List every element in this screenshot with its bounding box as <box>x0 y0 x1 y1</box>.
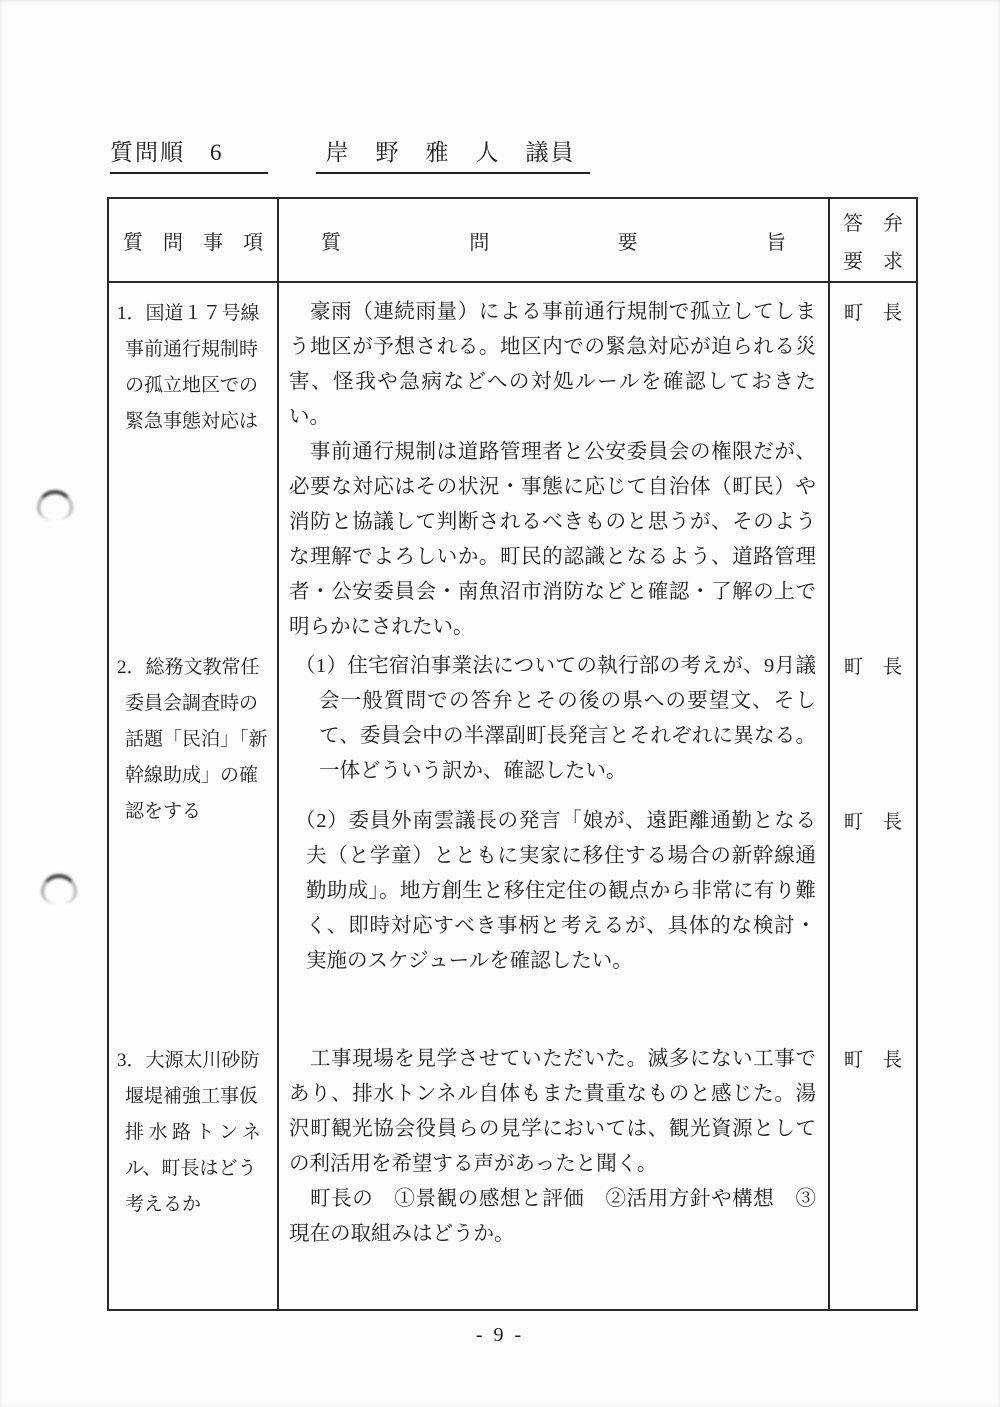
column-respondents: 町 長 町 長 町 長 町 長 <box>828 283 916 1311</box>
respondent-cell: 町 長 <box>830 650 916 685</box>
column-question-summaries: 豪雨（連続雨量）による事前通行規制で孤立してしまう地区が予想される。地区内での緊… <box>279 283 828 1311</box>
header-question-topic: 質 問 事 項 <box>109 199 279 281</box>
topic-line: 1．国道１７号線 <box>117 296 273 332</box>
question-order-label: 質問順 6 <box>110 134 268 174</box>
header-summary-char: 要 <box>618 226 638 255</box>
punch-hole-artifact <box>41 874 77 904</box>
question-paragraph: 事前通行規制は道路管理者と公安委員会の権限だが、必要な対応はその状況・事態に応じ… <box>289 435 816 645</box>
header-question-summary: 質 問 要 旨 <box>279 199 828 281</box>
question-paragraph: 工事現場を見学させていただいた。滅多にない工事であり、排水トンネル自体もまた貴重… <box>289 1042 816 1182</box>
table-body: 1．国道１７号線 事前通行規制時 の孤立地区での 緊急事態対応は 2．総務文教常… <box>109 283 916 1311</box>
header-summary-char: 旨 <box>766 226 786 255</box>
question-summary-2-2: （2）委員外南雲議長の発言「娘が、遠距離通勤となる夫（と学童）とともに実家に移住… <box>279 804 828 979</box>
header-respondent-line: 答 弁 <box>843 207 903 236</box>
question-summary-1: 豪雨（連続雨量）による事前通行規制で孤立してしまう地区が予想される。地区内での緊… <box>279 295 828 645</box>
header-respondent: 答 弁 要 求 <box>828 199 916 281</box>
header-summary-char: 質 <box>321 226 341 255</box>
topic-line: 事前通行規制時 <box>125 332 273 368</box>
topic-cell-1: 1．国道１７号線 事前通行規制時 の孤立地区での 緊急事態対応は <box>109 296 277 440</box>
question-paragraph: 町長の ①景観の感想と評価 ②活用方針や構想 ③現在の取組みはどうか。 <box>289 1182 816 1252</box>
topic-line: 緊急事態対応は <box>125 404 273 440</box>
topic-line: 排水路トンネ <box>125 1115 273 1151</box>
topic-line: 認をする <box>125 794 273 830</box>
topic-cell-3: 3．大源太川砂防 堰堤補強工事仮 排水路トンネ ル、町長はどう 考えるか <box>109 1043 277 1223</box>
page-number: - 9 - <box>0 1324 1000 1347</box>
topic-line: 委員会調査時の <box>125 686 273 722</box>
document-title: 質問順 6岸 野 雅 人 議員 <box>110 134 590 174</box>
topic-line: 3．大源太川砂防 <box>117 1043 273 1079</box>
questions-table: 質 問 事 項 質 問 要 旨 答 弁 要 求 1．国道１７号線 事前通行規制時… <box>107 197 918 1311</box>
topic-line: の孤立地区での <box>125 368 273 404</box>
topic-line: 2．総務文教常任 <box>117 650 273 686</box>
topic-line: 幹線助成」の確 <box>125 758 273 794</box>
header-respondent-line: 要 求 <box>843 245 903 274</box>
topic-line: 考えるか <box>125 1187 273 1223</box>
respondent-cell: 町 長 <box>830 805 916 840</box>
punch-hole-artifact <box>37 490 73 520</box>
respondent-cell: 町 長 <box>830 296 916 331</box>
respondent-cell: 町 長 <box>830 1043 916 1078</box>
question-summary-3: 工事現場を見学させていただいた。滅多にない工事であり、排水トンネル自体もまた貴重… <box>279 1042 828 1252</box>
topic-line: ル、町長はどう <box>125 1151 273 1187</box>
table-header-row: 質 問 事 項 質 問 要 旨 答 弁 要 求 <box>109 199 916 283</box>
topic-line: 堰堤補強工事仮 <box>125 1079 273 1115</box>
topic-line: 話題「民泊」「新 <box>125 722 273 758</box>
member-name: 岸 野 雅 人 議員 <box>316 134 590 174</box>
scanned-document-page: 質問順 6岸 野 雅 人 議員 質 問 事 項 質 問 要 旨 答 弁 要 求 … <box>0 0 1000 1407</box>
column-question-topics: 1．国道１７号線 事前通行規制時 の孤立地区での 緊急事態対応は 2．総務文教常… <box>109 283 279 1311</box>
question-summary-2-1: （1）住宅宿泊事業法についての執行部の考えが、9月議会一般質問での答弁とその後の… <box>279 649 828 789</box>
header-summary-char: 問 <box>469 226 489 255</box>
topic-cell-2: 2．総務文教常任 委員会調査時の 話題「民泊」「新 幹線助成」の確 認をする <box>109 650 277 830</box>
question-paragraph: 豪雨（連続雨量）による事前通行規制で孤立してしまう地区が予想される。地区内での緊… <box>289 295 816 435</box>
